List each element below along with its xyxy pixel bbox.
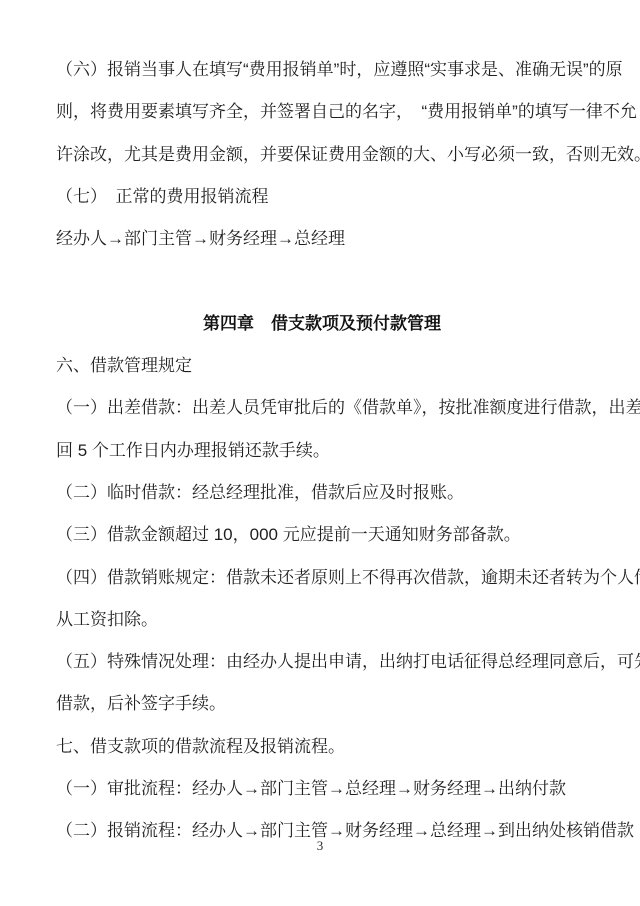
rule-1-line-1: （一）出差借款：出差人员凭审批后的《借款单》，按批准额度进行借款，出差返	[56, 387, 588, 429]
rule-1-line-2: 回 5 个工作日内办理报销还款手续。	[56, 430, 588, 472]
reimbursement-flow-line: 经办人→部门主管→财务经理→总经理	[56, 218, 588, 260]
paragraph-6-line-2: 则，将费用要素填写齐全，并签署自己的名字， “费用报销单”的填写一律不允	[56, 91, 588, 133]
document-body: （六）报销当事人在填写“费用报销单”时，应遵照“实事求是、准确无误”的原 则，将…	[56, 49, 588, 853]
chapter-heading: 第四章 借支款项及预付款管理	[56, 303, 588, 345]
rule-4-line-1: （四）借款销账规定：借款未还者原则上不得再次借款，逾期未还者转为个人借款	[56, 557, 588, 599]
rule-3-line: （三）借款金额超过 10，000 元应提前一天通知财务部备款。	[56, 514, 588, 556]
paragraph-7-title: （七） 正常的费用报销流程	[56, 176, 588, 218]
page-number: 3	[0, 836, 640, 856]
section-6-title: 六、借款管理规定	[56, 345, 588, 387]
section-7-title: 七、借支款项的借款流程及报销流程。	[56, 726, 588, 768]
rule-5-line-2: 借款，后补签字手续。	[56, 683, 588, 725]
rule-5-line-1: （五）特殊情况处理：由经办人提出申请，出纳打电话征得总经理同意后，可先行	[56, 641, 588, 683]
paragraph-6-line-1: （六）报销当事人在填写“费用报销单”时，应遵照“实事求是、准确无误”的原	[56, 49, 588, 91]
rule-2-line: （二）临时借款：经总经理批准，借款后应及时报账。	[56, 472, 588, 514]
approval-flow-line: （一）审批流程：经办人→部门主管→总经理→财务经理→出纳付款	[56, 768, 588, 810]
blank-line	[56, 260, 588, 302]
paragraph-6-line-3: 许涂改，尤其是费用金额，并要保证费用金额的大、小写必须一致，否则无效。	[56, 134, 588, 176]
document-page: （六）报销当事人在填写“费用报销单”时，应遵照“实事求是、准确无误”的原 则，将…	[0, 0, 640, 906]
rule-4-line-2: 从工资扣除。	[56, 599, 588, 641]
